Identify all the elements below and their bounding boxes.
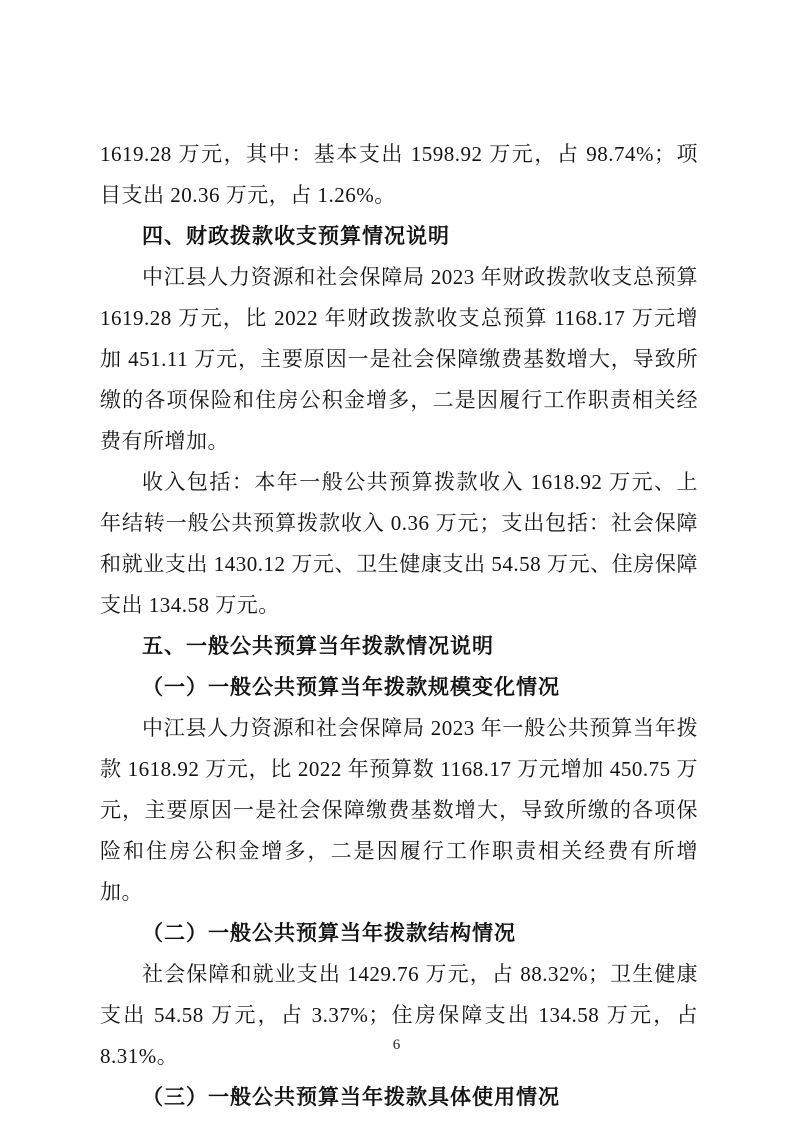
body-paragraph: 中江县人力资源和社会保障局 2023 年财政拨款收支总预算 1619.28 万元…	[100, 257, 698, 462]
subsection-heading: （三）一般公共预算当年拨款具体使用情况	[100, 1077, 698, 1118]
body-paragraph: 中江县人力资源和社会保障局 2023 年一般公共预算当年拨款 1618.92 万…	[100, 708, 698, 913]
subsection-heading: （一）一般公共预算当年拨款规模变化情况	[100, 667, 698, 708]
section-heading: 四、财政拨款收支预算情况说明	[100, 216, 698, 257]
page-footer: 6	[0, 1036, 793, 1054]
subsection-heading: （二）一般公共预算当年拨款结构情况	[100, 913, 698, 954]
page-number: 6	[393, 1037, 401, 1053]
body-paragraph-continued: 1619.28 万元，其中：基本支出 1598.92 万元，占 98.74%；项…	[100, 134, 698, 216]
body-paragraph: 社会保障和就业支出 1429.76 万元，占 88.32%；卫生健康支出 54.…	[100, 954, 698, 1077]
document-body: 1619.28 万元，其中：基本支出 1598.92 万元，占 98.74%；项…	[100, 134, 698, 1118]
body-paragraph: 收入包括：本年一般公共预算拨款收入 1618.92 万元、上年结转一般公共预算拨…	[100, 462, 698, 626]
section-heading: 五、一般公共预算当年拨款情况说明	[100, 626, 698, 667]
document-page: 1619.28 万元，其中：基本支出 1598.92 万元，占 98.74%；项…	[0, 0, 793, 1122]
